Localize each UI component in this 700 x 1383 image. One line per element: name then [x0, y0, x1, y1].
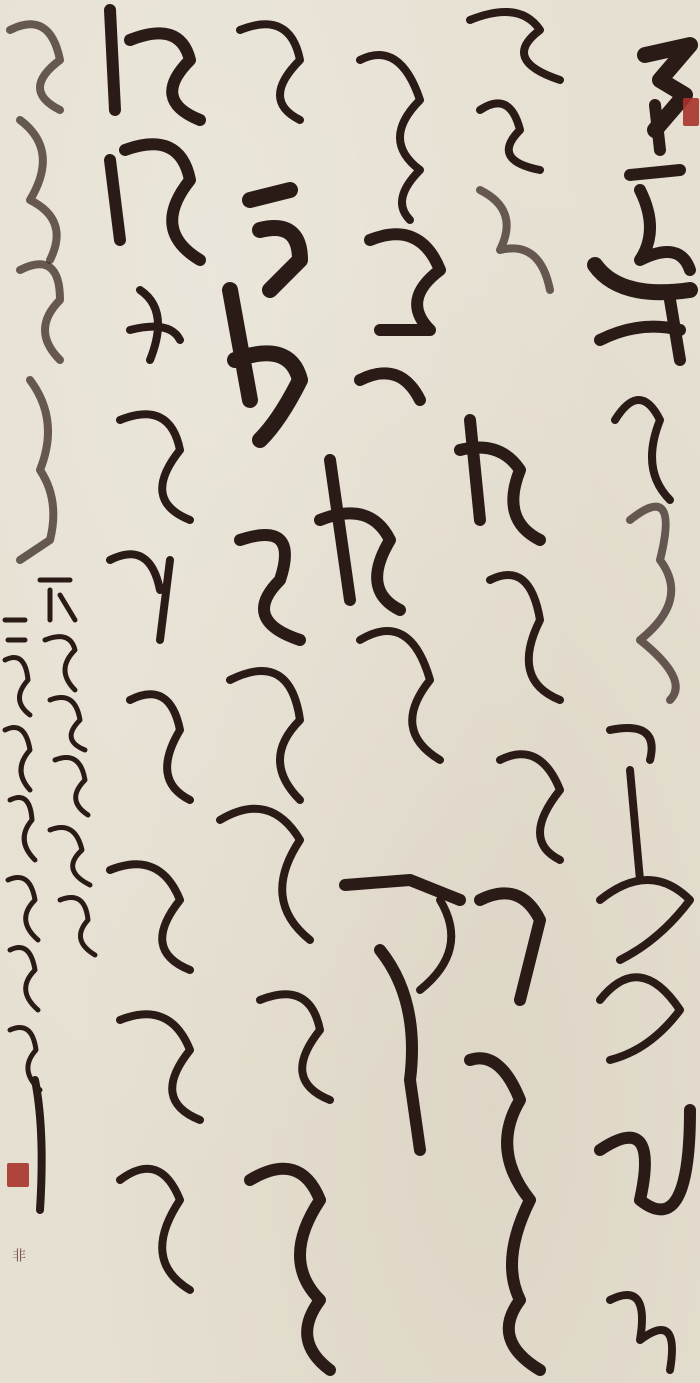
column-2	[460, 12, 560, 1370]
calligraphy-scroll: 阿房赵 萬安橋诗 壬寅 ... 海村 ... seal-1 seal-2 非	[0, 0, 700, 1383]
seal-top-right: seal-1	[683, 98, 699, 126]
seal-bottom-left-fei: 非	[7, 1240, 29, 1270]
inscription-strokes	[5, 580, 95, 1090]
seal-lower-left: seal-2	[7, 1163, 29, 1187]
column-5	[110, 10, 200, 1290]
calligraphy-strokes	[0, 0, 700, 1383]
column-1	[595, 45, 690, 1370]
column-6	[10, 24, 60, 560]
column-4	[220, 24, 330, 1370]
signature-tail-stroke	[35, 1080, 42, 1210]
column-3	[320, 55, 460, 1150]
